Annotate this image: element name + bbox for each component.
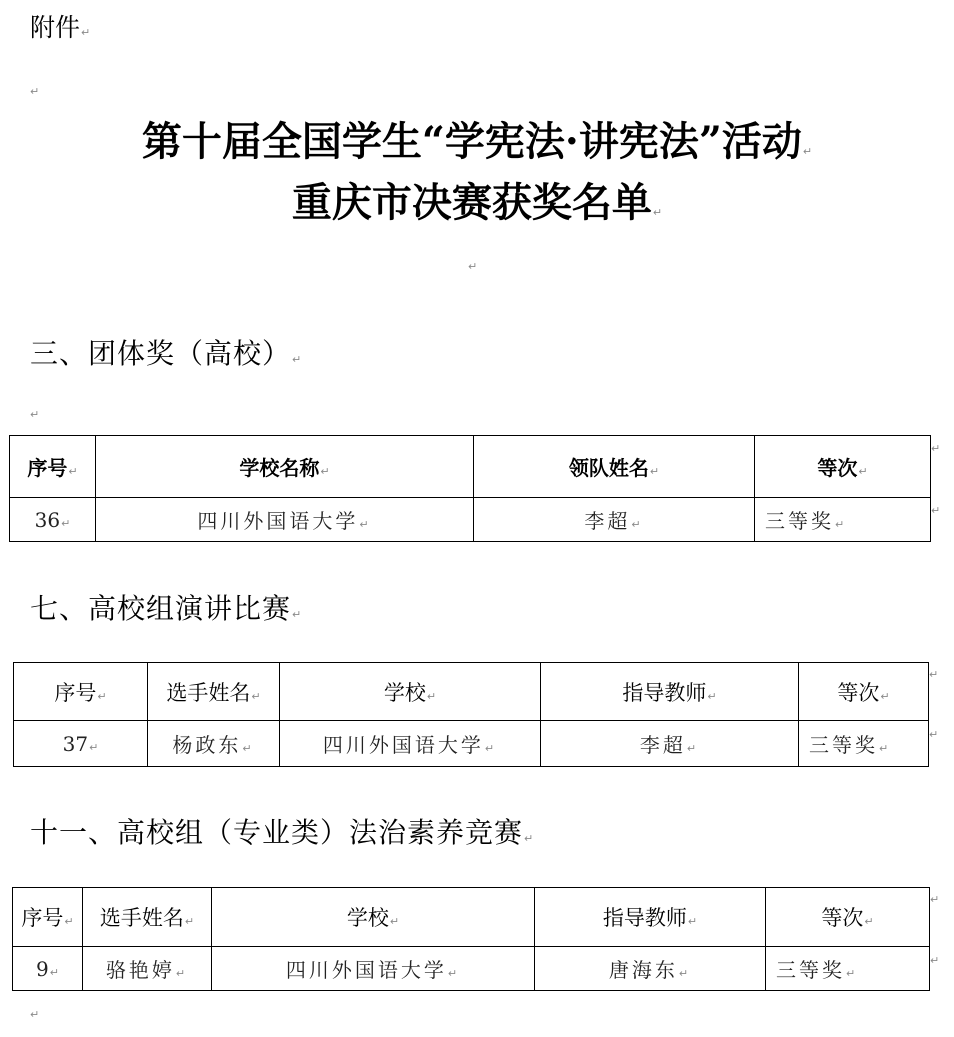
column-header-rank: 等次↵ (766, 888, 930, 947)
column-header-number: 序号↵ (10, 436, 96, 498)
paragraph-mark-icon: ↵ (292, 353, 302, 366)
cell-school: 四川外国语大学↵ (280, 721, 541, 767)
document-title-line-1: 第十届全国学生“学宪法·讲宪法”活动↵ (0, 112, 954, 182)
attachment-label-text: 附件 (30, 13, 80, 42)
column-header-school: 学校↵ (212, 888, 535, 947)
paragraph-mark-icon: ↵ (930, 954, 939, 967)
cell-number: 36↵ (10, 498, 96, 542)
column-header-team-leader: 领队姓名↵ (474, 436, 755, 498)
section-heading-legal-literacy: 十一、高校组（专业类）法治素养竞赛↵ (30, 815, 534, 857)
cell-rank: 三等奖↵ (799, 721, 929, 767)
paragraph-mark-icon: ↵ (653, 206, 662, 219)
column-header-contestant: 选手姓名↵ (83, 888, 212, 947)
paragraph-mark-icon: ↵ (292, 608, 302, 621)
paragraph-mark-icon: ↵ (81, 26, 90, 39)
cell-school: 四川外国语大学↵ (96, 498, 474, 542)
column-header-rank: 等次↵ (799, 663, 929, 721)
paragraph-mark-icon: ↵ (930, 893, 939, 906)
paragraph-mark-icon: ↵ (929, 728, 938, 741)
section-heading-team-award: 三、团体奖（高校）↵ (30, 336, 302, 378)
cell-rank: 三等奖↵ (766, 947, 930, 991)
cell-rank: 三等奖↵ (755, 498, 931, 542)
cell-school: 四川外国语大学↵ (212, 947, 535, 991)
cell-number: 9↵ (13, 947, 83, 991)
table-row: 36↵ 四川外国语大学↵ 李超↵ 三等奖↵ (10, 498, 931, 542)
attachment-label: 附件↵ (30, 12, 90, 49)
column-header-school: 学校↵ (280, 663, 541, 721)
section-heading-text: 十一、高校组（专业类）法治素养竞赛 (30, 816, 523, 849)
column-header-number: 序号↵ (14, 663, 148, 721)
cell-number: 37↵ (14, 721, 148, 767)
title-line-2-text: 重庆市决赛获奖名单 (292, 179, 652, 226)
section-heading-text: 七、高校组演讲比赛 (30, 592, 291, 625)
section-heading-speech-contest: 七、高校组演讲比赛↵ (30, 591, 302, 633)
paragraph-mark-icon: ↵ (524, 832, 534, 845)
cell-advisor: 李超↵ (541, 721, 799, 767)
table-header-row: 序号↵ 学校名称↵ 领队姓名↵ 等次↵ (10, 436, 931, 498)
legal-literacy-table: 序号↵ 选手姓名↵ 学校↵ 指导教师↵ 等次↵ 9↵ 骆艳婷↵ 四川外国语大学↵… (12, 887, 930, 991)
paragraph-mark-icon: ↵ (468, 260, 477, 273)
table-header-row: 序号↵ 选手姓名↵ 学校↵ 指导教师↵ 等次↵ (14, 663, 929, 721)
paragraph-mark-icon: ↵ (803, 145, 812, 158)
cell-contestant: 骆艳婷↵ (83, 947, 212, 991)
team-award-table: 序号↵ 学校名称↵ 领队姓名↵ 等次↵ 36↵ 四川外国语大学↵ 李超↵ 三等奖… (9, 435, 931, 542)
paragraph-mark-icon: ↵ (30, 1008, 39, 1021)
table-row: 37↵ 杨政东↵ 四川外国语大学↵ 李超↵ 三等奖↵ (14, 721, 929, 767)
cell-team-leader: 李超↵ (474, 498, 755, 542)
paragraph-mark-icon: ↵ (30, 85, 39, 98)
paragraph-mark-icon: ↵ (929, 668, 938, 681)
paragraph-mark-icon: ↵ (931, 504, 940, 517)
column-header-advisor: 指导教师↵ (535, 888, 766, 947)
column-header-rank: 等次↵ (755, 436, 931, 498)
paragraph-mark-icon: ↵ (30, 408, 39, 421)
cell-advisor: 唐海东↵ (535, 947, 766, 991)
column-header-advisor: 指导教师↵ (541, 663, 799, 721)
column-header-school-name: 学校名称↵ (96, 436, 474, 498)
speech-contest-table: 序号↵ 选手姓名↵ 学校↵ 指导教师↵ 等次↵ 37↵ 杨政东↵ 四川外国语大学… (13, 662, 929, 767)
title-line-1-text: 第十届全国学生“学宪法·讲宪法”活动 (142, 118, 802, 165)
document-title-line-2: 重庆市决赛获奖名单↵ (0, 173, 954, 243)
table-row: 9↵ 骆艳婷↵ 四川外国语大学↵ 唐海东↵ 三等奖↵ (13, 947, 930, 991)
column-header-number: 序号↵ (13, 888, 83, 947)
column-header-contestant: 选手姓名↵ (148, 663, 280, 721)
section-heading-text: 三、团体奖（高校） (30, 337, 291, 370)
cell-contestant: 杨政东↵ (148, 721, 280, 767)
table-header-row: 序号↵ 选手姓名↵ 学校↵ 指导教师↵ 等次↵ (13, 888, 930, 947)
paragraph-mark-icon: ↵ (931, 442, 940, 455)
